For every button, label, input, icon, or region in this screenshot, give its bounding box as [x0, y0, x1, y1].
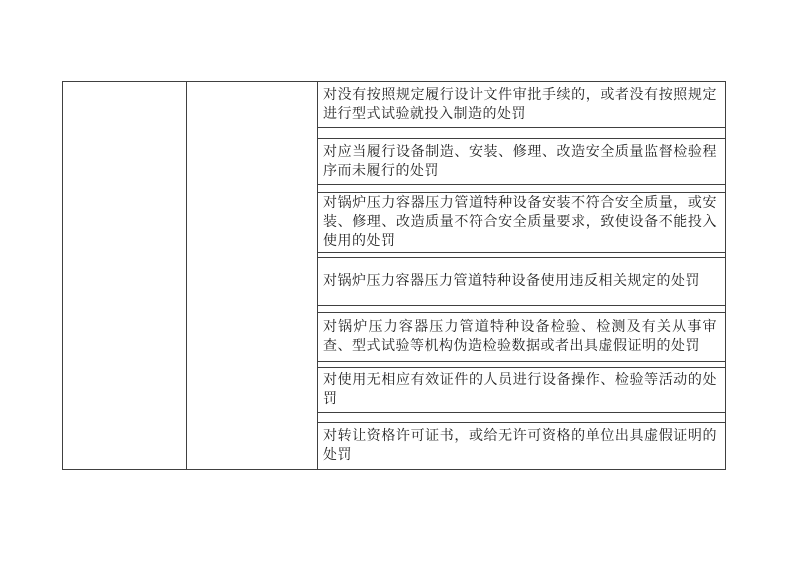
- penalty-text: 对没有按照规定履行设计文件审批手续的，或者没有按照规定进行型式试验就投入制造的处…: [323, 86, 717, 124]
- penalty-cell: 对锅炉压力容器压力管道特种设备安装不符合安全质量，或安装、修理、改造质量不符合安…: [318, 192, 725, 253]
- empty-cell-left: [63, 82, 187, 469]
- penalty-text: 对锅炉压力容器压力管道特种设备使用违反相关规定的处罚: [323, 272, 717, 291]
- penalty-cell: 对没有按照规定履行设计文件审批手续的，或者没有按照规定进行型式试验就投入制造的处…: [318, 82, 725, 128]
- penalty-cell: 对锅炉压力容器压力管道特种设备检验、检测及有关从事审查、型式试验等机构伪造检验数…: [318, 312, 725, 362]
- penalty-text: 对锅炉压力容器压力管道特种设备安装不符合安全质量，或安装、修理、改造质量不符合安…: [323, 194, 717, 251]
- penalty-cell: 对转让资格许可证书，或给无许可资格的单位出具虚假证明的处罚: [318, 422, 725, 469]
- penalty-cell: 对锅炉压力容器压力管道特种设备使用违反相关规定的处罚: [318, 257, 725, 306]
- penalty-text: 对使用无相应有效证件的人员进行设备操作、检验等活动的处罚: [323, 371, 717, 409]
- penalty-cell: 对应当履行设备制造、安装、修理、改造安全质量监督检验程序而未履行的处罚: [318, 138, 725, 185]
- empty-cell-middle: [187, 82, 318, 469]
- penalty-text: 对应当履行设备制造、安装、修理、改造安全质量监督检验程序而未履行的处罚: [323, 143, 717, 181]
- document-page: 对没有按照规定履行设计文件审批手续的，或者没有按照规定进行型式试验就投入制造的处…: [0, 0, 800, 566]
- penalty-cell: 对使用无相应有效证件的人员进行设备操作、检验等活动的处罚: [318, 367, 725, 413]
- penalty-column: 对没有按照规定履行设计文件审批手续的，或者没有按照规定进行型式试验就投入制造的处…: [318, 82, 725, 469]
- penalty-text: 对转让资格许可证书，或给无许可资格的单位出具虚假证明的处罚: [323, 427, 717, 465]
- penalty-text: 对锅炉压力容器压力管道特种设备检验、检测及有关从事审查、型式试验等机构伪造检验数…: [323, 318, 717, 356]
- penalty-table: 对没有按照规定履行设计文件审批手续的，或者没有按照规定进行型式试验就投入制造的处…: [62, 81, 726, 470]
